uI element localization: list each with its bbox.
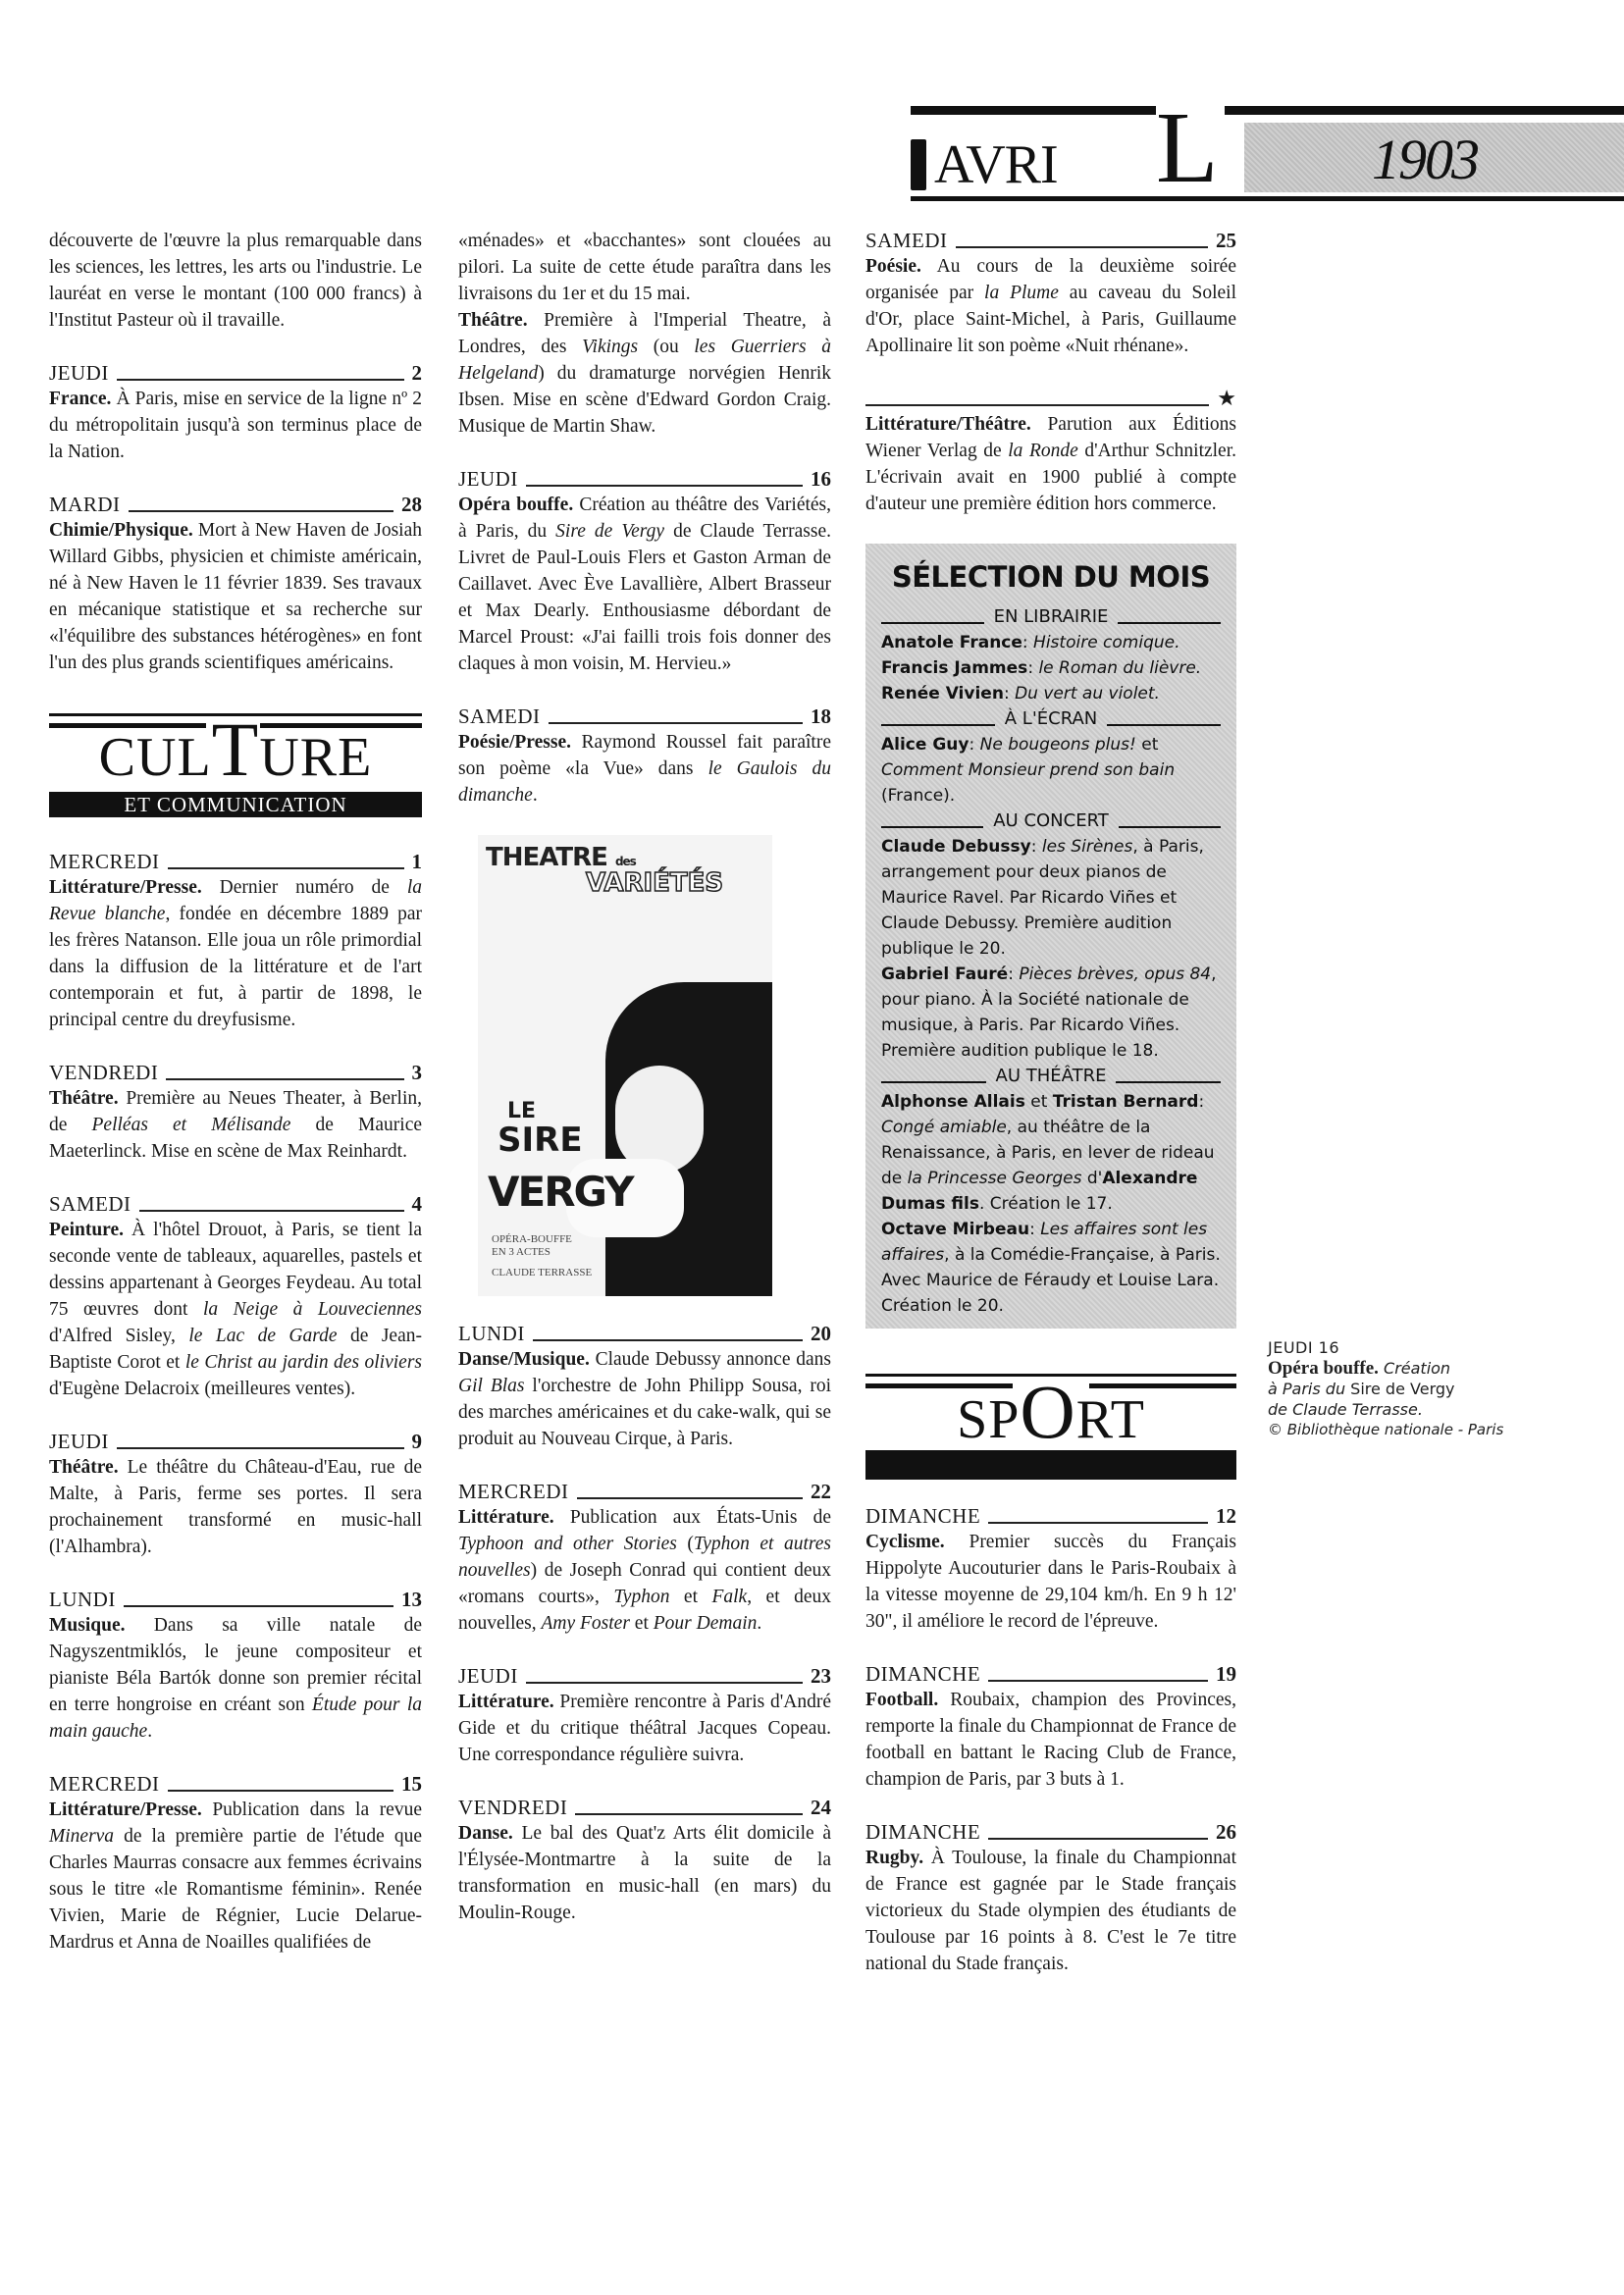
month-prefix: AVRI [934,134,1058,195]
entry: VENDREDI24 Danse. Le bal des Quat'z Arts… [458,1795,831,1926]
poster-text: VARIÉTÉS [586,870,723,897]
heading-text: AU THÉÂTRE [996,1064,1107,1089]
day-number: 23 [811,1663,831,1689]
day-heading: ★ [865,386,1236,411]
entry: JEUDI9 Théâtre. Le théâtre du Château-d'… [49,1429,422,1560]
entry: VENDREDI3 Théâtre. Première au Neues The… [49,1060,422,1165]
category: Littérature. [458,1507,554,1528]
entry-text: . [533,785,538,806]
entry: LUNDI20 Danse/Musique. Claude Debussy an… [458,1321,831,1452]
day-heading: VENDREDI24 [458,1795,831,1820]
entry: JEUDI16 Opéra bouffe. Création au théâtr… [458,466,831,677]
divider [865,404,1209,406]
entry-text: d'Alfred Sisley, [49,1326,188,1346]
poster-text: SIRE [498,1127,583,1154]
category: Rugby. [865,1848,923,1868]
title-part: URE [259,727,372,788]
entry-text: . Création le 17. [979,1194,1113,1214]
work-title: la Plume [984,283,1059,303]
day-number: 19 [1216,1661,1236,1687]
day-number: 18 [811,704,831,729]
day-number: 28 [401,492,422,517]
year: 1903 [1372,132,1478,187]
section-heading: AU THÉÂTRE [881,1064,1221,1089]
divider [166,1078,403,1080]
work-title: la Princesse Georges [908,1169,1082,1188]
day-heading: LUNDI13 [49,1587,422,1612]
day-number: 13 [401,1587,422,1612]
day-name: MARDI [49,492,121,517]
entry-body: Littérature. Première rencontre à Paris … [458,1689,831,1768]
day-number: 15 [401,1771,422,1797]
category: Cyclisme. [865,1532,945,1552]
selection-item: Francis Jammes: le Roman du lièvre. [881,655,1221,681]
selection-du-mois-box: SÉLECTION DU MOIS EN LIBRAIRIE Anatole F… [865,544,1236,1329]
section-heading: À L'ÉCRAN [881,706,1221,732]
day-name: JEUDI [458,1663,518,1689]
divider [1116,1081,1221,1083]
work-title: Gil Blas [458,1376,525,1396]
author: Claude Debussy [881,837,1031,857]
page-header: AVRI L 1903 [911,106,1624,204]
work-title: la Neige à Louveciennes [203,1299,422,1320]
entry: DIMANCHE26 Rugby. À Toulouse, la finale … [865,1819,1236,1977]
entry-body: Littérature/Théâtre. Parution aux Éditio… [865,411,1236,517]
title-part: CUL [99,727,212,788]
month-title: AVRI [934,137,1058,192]
day-name: MERCREDI [49,849,160,874]
banner-title: CULTURE [49,717,422,790]
entry: DIMANCHE19 Football. Roubaix, champion d… [865,1661,1236,1793]
author: Octave Mirbeau [881,1220,1029,1239]
entry-body: Théâtre. Le théâtre du Château-d'Eau, ru… [49,1454,422,1560]
poster-subtext: OPÉRA-BOUFFEEN 3 ACTESCLAUDE TERRASSE [492,1233,592,1279]
day-heading: SAMEDI4 [49,1191,422,1217]
title-part: SP [957,1389,1020,1450]
entry-body: Théâtre. Première à l'Imperial Theatre, … [458,307,831,440]
divider [881,724,995,726]
entry-text: . [147,1721,152,1742]
entry-text: ( [677,1534,694,1554]
intro-text: «ménades» et «bacchantes» sont clouées a… [458,228,831,307]
category: Danse/Musique. [458,1349,590,1370]
divider [117,1447,404,1449]
category: Littérature/Presse. [49,877,202,898]
category: Peinture. [49,1220,124,1240]
divider [1119,826,1221,828]
work-title: Falk [711,1587,747,1607]
selection-item: Octave Mirbeau: Les affaires sont les af… [881,1217,1221,1319]
entry-text: d'Eugène Delacroix (meilleures ventes). [49,1379,355,1399]
day-name: SAMEDI [458,704,541,729]
caption-text: de Claude Terrasse. [1268,1400,1423,1419]
column-3: SAMEDI25 Poésie. Au cours de la deuxième… [865,228,1236,2004]
banner-black-bar [865,1450,1236,1480]
poster-text: des [615,855,636,868]
entry-body: Théâtre. Première au Neues Theater, à Be… [49,1085,422,1165]
author: Tristan Bernard [1053,1092,1199,1112]
day-heading: SAMEDI25 [865,228,1236,253]
day-heading: MERCREDI15 [49,1771,422,1797]
heading-text: À L'ÉCRAN [1005,706,1098,732]
day-heading: DIMANCHE12 [865,1503,1236,1529]
caption-text: Création [1379,1359,1450,1378]
work-title: Pour Demain [654,1613,758,1634]
day-number: 3 [412,1060,423,1085]
entry-body: Poésie/Presse. Raymond Roussel fait para… [458,729,831,808]
category: Poésie/Presse. [458,732,571,753]
sport-banner: SPORT [865,1374,1236,1482]
entry-text: et [1025,1092,1053,1112]
day-name: JEUDI [49,1429,109,1454]
category: Théâtre. [49,1457,119,1478]
selection-item: Renée Vivien: Du vert au violet. [881,681,1221,706]
entry: SAMEDI25 Poésie. Au cours de la deuxième… [865,228,1236,359]
category: Opéra bouffe. [458,495,573,515]
caption-line: à Paris du Sire de Vergy [1268,1379,1552,1399]
black-square-icon [911,139,926,190]
work-title: Vikings [582,337,638,357]
work-title: Amy Foster [541,1613,629,1634]
poster-text: EN 3 ACTES [492,1246,592,1259]
selection-item: Alphonse Allais et Tristan Bernard: Cong… [881,1089,1221,1217]
work-title: Histoire comique. [1033,633,1179,652]
section-heading: EN LIBRAIRIE [881,604,1221,630]
work-title: la Ronde [1008,441,1078,461]
divider [988,1680,1208,1682]
section-heading: AU CONCERT [881,808,1221,834]
day-heading: JEUDI23 [458,1663,831,1689]
day-name: VENDREDI [458,1795,567,1820]
year-box: 1903 [1244,123,1624,192]
entry-text: (France). [881,786,955,806]
author: Gabriel Fauré [881,965,1008,984]
day-number: 20 [811,1321,831,1346]
caption-text: à Paris du [1268,1380,1350,1398]
day-number: 25 [1216,228,1236,253]
header-rule [911,196,1624,201]
author: Alice Guy [881,735,969,755]
title-part: RT [1076,1389,1145,1450]
work-title: le Christ au jardin des oliviers [185,1352,422,1373]
caption-line: de Claude Terrasse. [1268,1399,1552,1420]
work-title: Typhoon and other Stories [458,1534,677,1554]
header-rule [911,106,1156,115]
category: Littérature/Presse. [49,1799,202,1820]
entry-body: Danse. Le bal des Quat'z Arts élit domic… [458,1820,831,1926]
entry-text: et [630,1613,654,1634]
day-number: 22 [811,1479,831,1504]
day-heading: SAMEDI18 [458,704,831,729]
entry-text: Dernier numéro de [202,877,407,898]
day-number: 16 [811,466,831,492]
day-name: MERCREDI [458,1479,569,1504]
entry-text: Le bal des Quat'z Arts élit domicile à l… [458,1823,831,1923]
divider [1118,622,1221,624]
day-name: MERCREDI [49,1771,160,1797]
divider [988,1838,1208,1840]
entry-text: . [757,1613,761,1634]
day-heading: VENDREDI3 [49,1060,422,1085]
heading-text: EN LIBRAIRIE [994,604,1109,630]
day-name: JEUDI [458,466,518,492]
title-big-letter: O [1020,1369,1075,1454]
poster-text: VERGY [488,1178,633,1205]
work-title: Du vert au violet. [1015,684,1160,704]
caption-category: Opéra bouffe. [1268,1358,1379,1379]
day-name: DIMANCHE [865,1661,980,1687]
day-name: JEUDI [49,360,109,386]
entry-body: Peinture. À l'hôtel Drouot, à Paris, se … [49,1217,422,1402]
entry: SAMEDI18 Poésie/Presse. Raymond Roussel … [458,704,831,808]
divider [575,1813,803,1815]
entry: SAMEDI4 Peinture. À l'hôtel Drouot, à Pa… [49,1191,422,1402]
divider [881,826,983,828]
divider [139,1210,404,1212]
day-number: 4 [412,1191,423,1217]
caption-line: Opéra bouffe. Création [1268,1358,1552,1379]
entry-body: France. À Paris, mise en service de la l… [49,386,422,465]
entry-body: Musique. Dans sa ville natale de Nagysze… [49,1612,422,1745]
day-heading: JEUDI16 [458,466,831,492]
entry: MERCREDI15 Littérature/Presse. Publicati… [49,1771,422,1956]
entry: MERCREDI1 Littérature/Presse. Dernier nu… [49,849,422,1033]
day-number: 1 [412,849,423,874]
caption-work-title: Sire de Vergy [1350,1380,1454,1398]
category: Théâtre. [49,1088,119,1109]
day-heading: DIMANCHE19 [865,1661,1236,1687]
entry: JEUDI2 France. À Paris, mise en service … [49,360,422,465]
entry: LUNDI13 Musique. Dans sa ville natale de… [49,1587,422,1745]
selection-item: Anatole France: Histoire comique. [881,630,1221,655]
star-icon: ★ [1217,386,1236,411]
divider [526,485,803,487]
work-title: Sire de Vergy [555,521,664,542]
day-heading: MARDI28 [49,492,422,517]
entry-body: Opéra bouffe. Création au théâtre des Va… [458,492,831,677]
work-title: Minerva [49,1826,114,1847]
entry-body: Poésie. Au cours de la deuxième soirée o… [865,253,1236,359]
divider [526,1682,803,1684]
divider [549,722,803,724]
intro-text: découverte de l'œuvre la plus remarquabl… [49,228,422,334]
work-title: les Sirènes [1042,837,1133,857]
entry-body: Cyclisme. Premier succès du Français Hip… [865,1529,1236,1635]
day-number: 26 [1216,1819,1236,1845]
work-title: le Roman du lièvre. [1038,658,1201,678]
day-heading: DIMANCHE26 [865,1819,1236,1845]
author: Renée Vivien [881,684,1004,704]
entry-text: Publication dans la revue [202,1799,422,1820]
entry-text: et [669,1587,711,1607]
category: Musique. [49,1615,125,1636]
header-rule [1225,106,1624,115]
category: France. [49,389,111,409]
photo-credit: © Bibliothèque nationale - Paris [1268,1420,1552,1440]
entry-text: (ou [638,337,694,357]
day-heading: MERCREDI1 [49,849,422,874]
category: Football. [865,1690,938,1710]
entry-text: Claude Debussy annonce dans [590,1349,831,1370]
entry-text: et [1136,735,1159,755]
day-name: DIMANCHE [865,1503,980,1529]
day-name: DIMANCHE [865,1819,980,1845]
title-big-letter: T [212,706,260,792]
column-2: «ménades» et «bacchantes» sont clouées a… [458,228,831,1953]
entry-body: Danse/Musique. Claude Debussy annonce da… [458,1346,831,1452]
image-caption: JEUDI 16 Opéra bouffe. Création à Paris … [1268,1337,1552,1440]
culture-banner: CULTURE ET COMMUNICATION [49,713,422,827]
entry-text: de Claude Terrasse. Livret de Paul-Louis… [458,521,831,674]
divider [168,1790,393,1792]
selection-title: SÉLECTION DU MOIS [881,557,1221,597]
work-title: Typhon [613,1587,669,1607]
entry: MERCREDI22 Littérature. Publication aux … [458,1479,831,1637]
author: Alphonse Allais [881,1092,1025,1112]
entry-body: Football. Roubaix, champion des Province… [865,1687,1236,1793]
category: Théâtre. [458,310,528,331]
divider [956,246,1208,248]
day-heading: LUNDI20 [458,1321,831,1346]
day-heading: JEUDI9 [49,1429,422,1454]
column-1: découverte de l'œuvre la plus remarquabl… [49,228,422,1982]
day-number: 9 [412,1429,423,1454]
entry-body: Littérature. Publication aux États-Unis … [458,1504,831,1637]
day-number: 2 [412,360,423,386]
day-heading: JEUDI2 [49,360,422,386]
divider [988,1522,1208,1524]
entry-body: Littérature/Presse. Publication dans la … [49,1797,422,1956]
entry-text: Publication aux États-Unis de [554,1507,831,1528]
category: Danse. [458,1823,513,1844]
selection-item: Gabriel Fauré: Pièces brèves, opus 84, p… [881,962,1221,1064]
work-title: Pièces brèves, opus 84 [1019,965,1211,984]
day-number: 12 [1216,1503,1236,1529]
divider [1107,724,1221,726]
entry-body: Rugby. À Toulouse, la finale du Champion… [865,1845,1236,1977]
work-title: Pelléas et Mélisande [92,1115,291,1135]
day-name: LUNDI [458,1321,525,1346]
entry: DIMANCHE12 Cyclisme. Premier succès du F… [865,1503,1236,1635]
poster-figure [615,1066,704,1174]
author: Francis Jammes [881,658,1027,678]
entry-body: Chimie/Physique. Mort à New Haven de Jos… [49,517,422,676]
category: Chimie/Physique. [49,520,193,541]
author: Anatole France [881,633,1022,652]
star-entry: ★ Littérature/Théâtre. Parution aux Édit… [865,386,1236,517]
category: Littérature/Théâtre. [865,414,1031,435]
entry: MARDI28 Chimie/Physique. Mort à New Have… [49,492,422,676]
work-title: le Lac de Garde [188,1326,337,1346]
day-name: SAMEDI [865,228,948,253]
divider [577,1497,803,1499]
selection-item: Alice Guy: Ne bougeons plus! et Comment … [881,732,1221,808]
day-name: VENDREDI [49,1060,158,1085]
theatre-poster-image: THEATRE des VARIÉTÉS LE SIRE VERGY OPÉRA… [478,835,772,1296]
divider [881,622,984,624]
entry-text: d' [1081,1169,1102,1188]
divider [124,1605,393,1607]
entry: JEUDI23 Littérature. Première rencontre … [458,1663,831,1768]
month-big-letter: L [1156,101,1219,195]
day-name: SAMEDI [49,1191,131,1217]
banner-title: SPORT [865,1380,1236,1452]
poster-text: CLAUDE TERRASSE [492,1267,592,1279]
category: Poésie. [865,256,921,277]
entry-text: Mort à New Haven de Josiah Willard Gibbs… [49,520,422,673]
divider [533,1339,803,1341]
divider [881,1081,986,1083]
day-number: 24 [811,1795,831,1820]
divider [129,510,393,512]
poster-text: OPÉRA-BOUFFE [492,1233,592,1246]
banner-subtitle: ET COMMUNICATION [49,792,422,817]
selection-item: Claude Debussy: les Sirènes, à Paris, ar… [881,834,1221,962]
entry-body: Littérature/Presse. Dernier numéro de la… [49,874,422,1033]
day-name: LUNDI [49,1587,116,1612]
work-title: Comment Monsieur prend son bain [881,760,1175,780]
divider [168,867,404,869]
caption-day: JEUDI 16 [1268,1337,1552,1358]
heading-text: AU CONCERT [993,808,1109,834]
divider [117,379,404,381]
category: Littérature. [458,1692,554,1712]
work-title: Congé amiable [881,1118,1007,1137]
day-heading: MERCREDI22 [458,1479,831,1504]
work-title: Ne bougeons plus! [980,735,1136,755]
